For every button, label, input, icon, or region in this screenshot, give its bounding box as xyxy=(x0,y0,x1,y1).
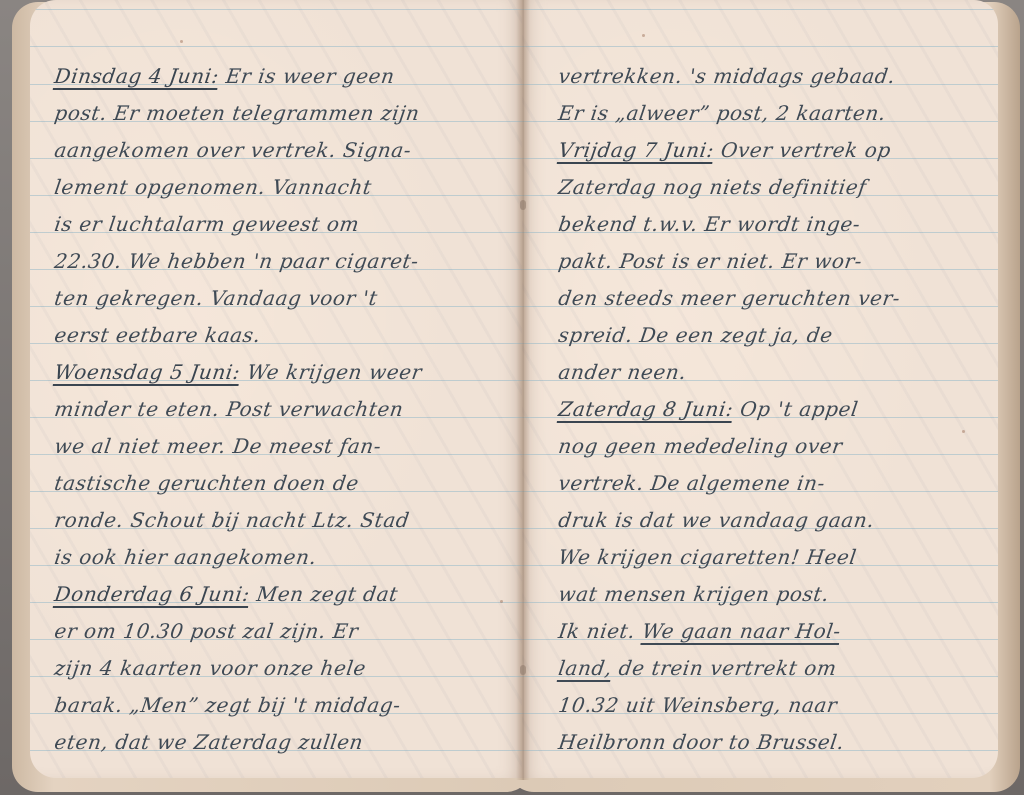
line-text: pakt. Post is er niet. Er wor- xyxy=(557,249,864,273)
line-text: zijn 4 kaarten voor onze hele xyxy=(53,656,368,680)
paper-spot xyxy=(962,430,965,433)
binding-stitch xyxy=(520,665,526,675)
diary-line: wat mensen krijgen post. xyxy=(556,576,998,613)
binding-stitch xyxy=(520,200,526,210)
line-text: eten, dat we Zaterdag zullen xyxy=(53,730,365,754)
line-text: we al niet meer. De meest fan- xyxy=(53,434,383,458)
line-text: ronde. Schout bij nacht Ltz. Stad xyxy=(53,508,411,532)
diary-line: is ook hier aangekomen. xyxy=(52,539,522,576)
diary-line: aangekomen over vertrek. Signa- xyxy=(52,132,522,169)
line-text: We krijgen cigaretten! Heel xyxy=(557,545,858,569)
diary-line: ander neen. xyxy=(556,354,998,391)
diary-line: barak. „Men” zegt bij 't middag- xyxy=(52,687,522,724)
diary-line: ronde. Schout bij nacht Ltz. Stad xyxy=(52,502,522,539)
line-text: er om 10.30 post zal zijn. Er xyxy=(53,619,360,643)
line-text: aangekomen over vertrek. Signa- xyxy=(53,138,413,162)
line-text: is er luchtalarm geweest om xyxy=(53,212,361,236)
diary-line: Donderdag 6 Juni: Men zegt dat xyxy=(52,576,522,613)
diary-line: minder te eten. Post verwachten xyxy=(52,391,522,428)
line-text: Ik niet. xyxy=(557,619,644,643)
line-text: is ook hier aangekomen. xyxy=(53,545,318,569)
diary-line: Vrijdag 7 Juni: Over vertrek op xyxy=(556,132,998,169)
diary-line: pakt. Post is er niet. Er wor- xyxy=(556,243,998,280)
line-text: post. Er moeten telegrammen zijn xyxy=(53,101,421,125)
line-text: vertrek. De algemene in- xyxy=(557,471,827,495)
line-text: Men zegt dat xyxy=(248,582,399,606)
line-text: bekend t.w.v. Er wordt inge- xyxy=(557,212,862,236)
diary-line: Heilbronn door to Brussel. xyxy=(556,724,998,761)
diary-line: nog geen mededeling over xyxy=(556,428,998,465)
line-text: ander neen. xyxy=(557,360,688,384)
line-text: We krijgen weer xyxy=(239,360,424,384)
entry-date-heading: Zaterdag 8 Juni: xyxy=(557,397,735,421)
underlined-text: We gaan naar Hol- xyxy=(641,619,843,643)
entry-date-heading: Donderdag 6 Juni: xyxy=(53,582,252,606)
entry-date-heading: Dinsdag 4 Juni: xyxy=(53,64,221,88)
line-text: nog geen mededeling over xyxy=(557,434,844,458)
open-notebook: Dinsdag 4 Juni: Er is weer geen post. Er… xyxy=(8,0,1022,793)
paper-spot xyxy=(180,40,183,43)
diary-line: eerst eetbare kaas. xyxy=(52,317,522,354)
right-page: vertrekken. 's middags gebaad. Er is „al… xyxy=(522,0,998,778)
underlined-text: land, xyxy=(557,656,614,680)
diary-line: is er luchtalarm geweest om xyxy=(52,206,522,243)
line-text: Over vertrek op xyxy=(712,138,892,162)
diary-line: post. Er moeten telegrammen zijn xyxy=(52,95,522,132)
line-text: 10.32 uit Weinsberg, naar xyxy=(557,693,839,717)
diary-line: vertrek. De algemene in- xyxy=(556,465,998,502)
entry-date-heading: Woensdag 5 Juni: xyxy=(53,360,242,384)
diary-line: den steeds meer geruchten ver- xyxy=(556,280,998,317)
line-text: Er is „alweer” post, 2 kaarten. xyxy=(557,101,888,125)
line-text: minder te eten. Post verwachten xyxy=(53,397,405,421)
diary-line: tastische geruchten doen de xyxy=(52,465,522,502)
diary-line: 22.30. We hebben 'n paar cigaret- xyxy=(52,243,522,280)
line-text: eerst eetbare kaas. xyxy=(53,323,262,347)
diary-line: bekend t.w.v. Er wordt inge- xyxy=(556,206,998,243)
diary-line: we al niet meer. De meest fan- xyxy=(52,428,522,465)
diary-line: land, de trein vertrekt om xyxy=(556,650,998,687)
diary-line: Er is „alweer” post, 2 kaarten. xyxy=(556,95,998,132)
line-text: wat mensen krijgen post. xyxy=(557,582,831,606)
diary-line: 10.32 uit Weinsberg, naar xyxy=(556,687,998,724)
right-page-text: vertrekken. 's middags gebaad. Er is „al… xyxy=(522,58,998,761)
diary-line: vertrekken. 's middags gebaad. xyxy=(556,58,998,95)
book-spine-gutter xyxy=(516,0,530,780)
entry-date-heading: Vrijdag 7 Juni: xyxy=(557,138,716,162)
line-text: vertrekken. 's middags gebaad. xyxy=(557,64,897,88)
diary-line: Zaterdag 8 Juni: Op 't appel xyxy=(556,391,998,428)
line-text: Op 't appel xyxy=(732,397,860,421)
line-text: Zaterdag nog niets definitief xyxy=(557,175,868,199)
line-text: 22.30. We hebben 'n paar cigaret- xyxy=(53,249,420,273)
diary-line: druk is dat we vandaag gaan. xyxy=(556,502,998,539)
diary-line: eten, dat we Zaterdag zullen xyxy=(52,724,522,761)
line-text: de trein vertrekt om xyxy=(610,656,838,680)
line-text: lement opgenomen. Vannacht xyxy=(53,175,373,199)
line-text: den steeds meer geruchten ver- xyxy=(557,286,902,310)
diary-line: Ik niet. We gaan naar Hol- xyxy=(556,613,998,650)
left-page-text: Dinsdag 4 Juni: Er is weer geen post. Er… xyxy=(30,58,522,761)
line-text: Er is weer geen xyxy=(217,64,396,88)
diary-line: Dinsdag 4 Juni: Er is weer geen xyxy=(52,58,522,95)
diary-line: Woensdag 5 Juni: We krijgen weer xyxy=(52,354,522,391)
paper-spot xyxy=(642,34,645,37)
line-text: Heilbronn door to Brussel. xyxy=(557,730,846,754)
diary-line: ten gekregen. Vandaag voor 't xyxy=(52,280,522,317)
line-text: barak. „Men” zegt bij 't middag- xyxy=(53,693,402,717)
line-text: tastische geruchten doen de xyxy=(53,471,361,495)
diary-line: lement opgenomen. Vannacht xyxy=(52,169,522,206)
paper-spot xyxy=(500,600,503,603)
line-text: spreid. De een zegt ja, de xyxy=(557,323,835,347)
diary-line: er om 10.30 post zal zijn. Er xyxy=(52,613,522,650)
diary-line: Zaterdag nog niets definitief xyxy=(556,169,998,206)
line-text: ten gekregen. Vandaag voor 't xyxy=(53,286,379,310)
diary-line: We krijgen cigaretten! Heel xyxy=(556,539,998,576)
diary-line: zijn 4 kaarten voor onze hele xyxy=(52,650,522,687)
line-text: druk is dat we vandaag gaan. xyxy=(557,508,876,532)
left-page: Dinsdag 4 Juni: Er is weer geen post. Er… xyxy=(30,0,522,778)
diary-line: spreid. De een zegt ja, de xyxy=(556,317,998,354)
